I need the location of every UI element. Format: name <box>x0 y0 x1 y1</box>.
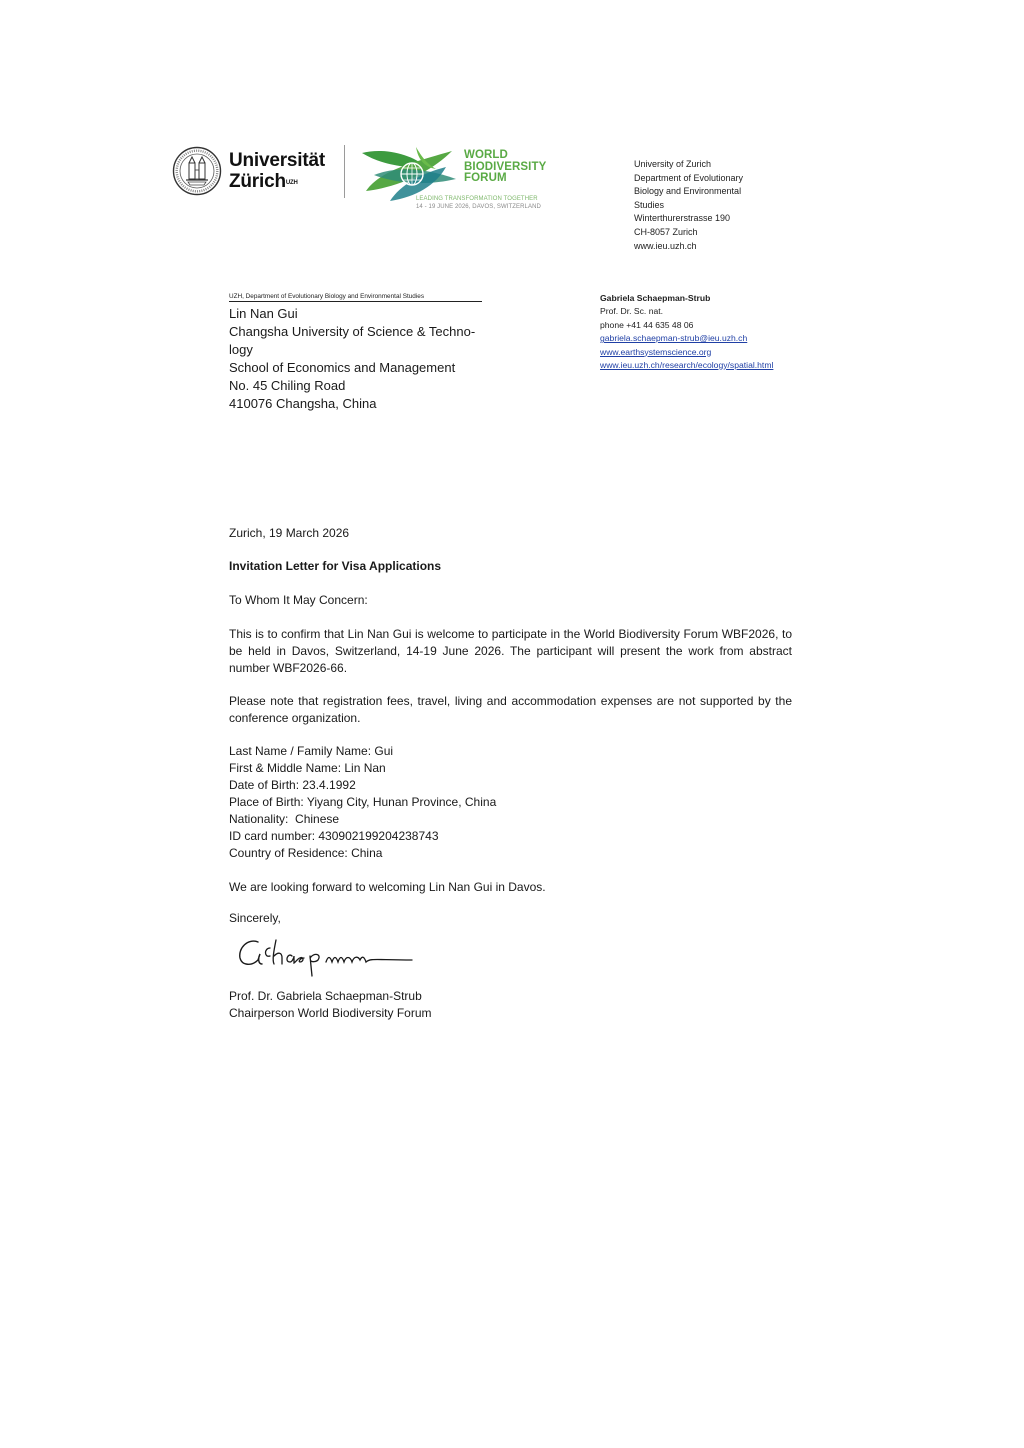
detail-country-of-residence: Country of Residence: China <box>229 845 792 862</box>
recipient-line: Changsha University of Science & Techno- <box>229 323 494 341</box>
detail-family-name: Last Name / Family Name: Gui <box>229 743 792 760</box>
detail-place-of-birth: Place of Birth: Yiyang City, Hunan Provi… <box>229 794 792 811</box>
letter-date: Zurich, 19 March 2026 <box>229 525 792 542</box>
closing-line: We are looking forward to welcoming Lin … <box>229 879 792 896</box>
paragraph-confirmation: This is to confirm that Lin Nan Gui is w… <box>229 626 792 677</box>
salutation: To Whom It May Concern: <box>229 592 792 609</box>
paragraph-expenses: Please note that registration fees, trav… <box>229 693 792 727</box>
uzh-wordmark: Universität ZürichUZH <box>229 150 325 192</box>
detail-id-number: ID card number: 430902199204238743 <box>229 828 792 845</box>
signer-name: Prof. Dr. Gabriela Schaepman-Strub <box>229 988 792 1005</box>
uzh-wordmark-line1: Universität <box>229 150 325 171</box>
uzh-wordmark-line2: Zürich <box>229 171 286 192</box>
recipient-line: logy <box>229 341 494 359</box>
sender-return-line: UZH, Department of Evolutionary Biology … <box>229 293 482 302</box>
contact-name: Gabriela Schaepman-Strub <box>600 292 773 305</box>
detail-date-of-birth: Date of Birth: 23.4.1992 <box>229 777 792 794</box>
institution-address: University of Zurich Department of Evolu… <box>634 158 743 253</box>
address-line: Department of Evolutionary <box>634 172 743 186</box>
recipient-address: Lin Nan Gui Changsha University of Scien… <box>229 305 494 413</box>
address-line: Winterthurerstrasse 190 <box>634 212 743 226</box>
wbf-dates: 14 - 19 JUNE 2026, DAVOS, SWITZERLAND <box>416 204 541 210</box>
signer-role: Chairperson World Biodiversity Forum <box>229 1005 792 1022</box>
contact-block: Gabriela Schaepman-Strub Prof. Dr. Sc. n… <box>600 292 773 372</box>
research-page-link[interactable]: www.ieu.uzh.ch/research/ecology/spatial.… <box>600 360 773 370</box>
recipient-line: Lin Nan Gui <box>229 305 494 323</box>
signer-block: Prof. Dr. Gabriela Schaepman-Strub Chair… <box>229 988 792 1022</box>
contact-title: Prof. Dr. Sc. nat. <box>600 305 773 318</box>
uzh-superscript: UZH <box>286 180 298 186</box>
contact-phone: phone +41 44 635 48 06 <box>600 319 773 332</box>
address-line: Studies <box>634 199 743 213</box>
wbf-title: WORLD BIODIVERSITY FORUM <box>464 150 546 185</box>
handwritten-signature <box>236 934 416 978</box>
website-link[interactable]: www.earthsystemscience.org <box>600 347 711 357</box>
participant-details: Last Name / Family Name: Gui First & Mid… <box>229 743 792 862</box>
sign-off: Sincerely, <box>229 910 792 927</box>
letter-subject: Invitation Letter for Visa Applications <box>229 558 792 575</box>
wbf-title-line: WORLD <box>464 150 546 162</box>
recipient-line: No. 45 Chiling Road <box>229 377 494 395</box>
recipient-line: 410076 Changsha, China <box>229 395 494 413</box>
uzh-seal-icon <box>172 146 222 196</box>
address-line: CH-8057 Zurich <box>634 226 743 240</box>
detail-first-name: First & Middle Name: Lin Nan <box>229 760 792 777</box>
recipient-line: School of Economics and Management <box>229 359 494 377</box>
address-line: Biology and Environmental <box>634 185 743 199</box>
wbf-title-line: FORUM <box>464 173 546 185</box>
wbf-tagline: LEADING TRANSFORMATION TOGETHER <box>416 195 538 204</box>
address-line: www.ieu.uzh.ch <box>634 240 743 254</box>
address-line: University of Zurich <box>634 158 743 172</box>
email-link[interactable]: gabriela.schaepman-strub@ieu.uzh.ch <box>600 333 747 343</box>
logo-divider <box>344 145 345 198</box>
detail-nationality: Nationality: Chinese <box>229 811 792 828</box>
